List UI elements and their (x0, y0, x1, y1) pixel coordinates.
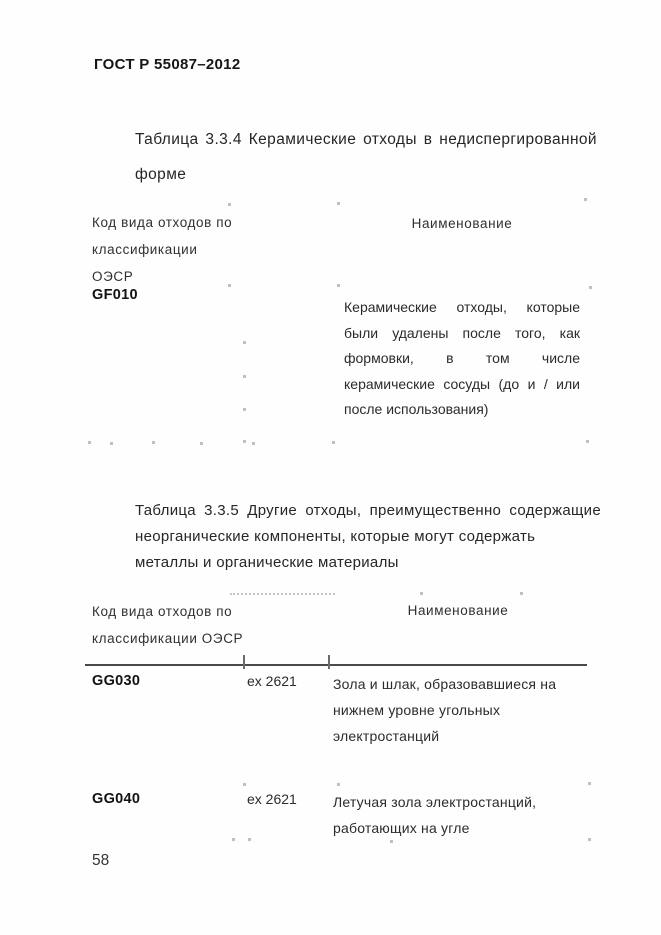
waste-name-line: Летучая зола электростанций, (333, 789, 587, 815)
waste-name-line: керамические сосуды (до и / или (344, 372, 580, 398)
scan-artifact (243, 440, 246, 443)
column-divider-tick (243, 655, 245, 669)
waste-code-cell: GG040 (92, 791, 140, 807)
code-column-header-line: Код вида отходов по (92, 598, 243, 625)
ex-code-cell: ex 2621 (247, 673, 297, 689)
scan-artifact (337, 202, 340, 205)
scan-artifact (110, 442, 113, 445)
table-3-3-4-name-column-header: Наименование (338, 216, 586, 231)
waste-code-cell: GF010 (92, 287, 138, 303)
waste-name-line: формовки, в том числе (344, 346, 580, 372)
table-3-3-5-caption: Таблица 3.3.5 Другие отходы, преимуществ… (135, 498, 601, 576)
scan-artifact (243, 341, 246, 344)
scan-artifact (252, 442, 255, 445)
scan-artifact (232, 838, 235, 841)
waste-name-cell: Летучая зола электростанций, работающих … (333, 789, 587, 841)
table-3-3-4-caption-line-2: форме (135, 157, 597, 192)
waste-name-line: нижнем уровне угольных (333, 697, 587, 723)
column-divider-tick (328, 655, 330, 669)
scan-artifact (228, 284, 231, 287)
code-column-header-line: классификации (92, 236, 232, 263)
table-3-3-5-caption-line-2: неорганические компоненты, которые могут… (135, 524, 601, 550)
document-page: ГОСТ Р 55087–2012 Таблица 3.3.4 Керамиче… (0, 0, 661, 935)
code-column-header-line: ОЭСР (92, 263, 232, 290)
table-3-3-5-name-column-header: Наименование (333, 603, 583, 618)
page-number: 58 (92, 852, 109, 870)
scan-artifact (337, 783, 340, 786)
scan-artifact (420, 592, 423, 595)
waste-name-line: электростанций (333, 723, 587, 749)
scan-artifact (152, 441, 155, 444)
scan-artifact (243, 408, 246, 411)
ex-code-cell: ex 2621 (247, 791, 297, 807)
scan-artifact (230, 593, 335, 595)
code-column-header-line: классификации ОЭСР (92, 625, 243, 652)
scan-artifact (88, 441, 91, 444)
document-standard-title: ГОСТ Р 55087–2012 (94, 56, 240, 73)
table-3-3-4-caption: Таблица 3.3.4 Керамические отходы в неди… (135, 122, 597, 192)
scan-artifact (589, 286, 592, 289)
waste-name-line: Керамические отходы, которые (344, 295, 580, 321)
waste-name-line: после использования) (344, 397, 580, 423)
scan-artifact (586, 440, 589, 443)
scan-artifact (243, 375, 246, 378)
scan-artifact (588, 782, 591, 785)
table-3-3-4-code-column-header: Код вида отходов по классификации ОЭСР (92, 209, 232, 290)
waste-name-line: Зола и шлак, образовавшиеся на (333, 671, 587, 697)
scan-artifact (520, 592, 523, 595)
table-3-3-5-code-column-header: Код вида отходов по классификации ОЭСР (92, 598, 243, 652)
code-column-header-line: Код вида отходов по (92, 209, 232, 236)
waste-name-line: работающих на угле (333, 815, 587, 841)
scan-artifact (332, 441, 335, 444)
scan-artifact (584, 198, 587, 201)
waste-name-cell: Зола и шлак, образовавшиеся на нижнем ур… (333, 671, 587, 749)
waste-name-line: были удалены после того, как (344, 321, 580, 347)
table-3-3-4-caption-line-1: Таблица 3.3.4 Керамические отходы в неди… (135, 122, 597, 157)
scan-artifact (248, 838, 251, 841)
scan-artifact (390, 840, 393, 843)
table-3-3-5-header-rule (85, 664, 587, 666)
scan-artifact (200, 442, 203, 445)
scan-artifact (588, 838, 591, 841)
table-3-3-5-caption-line-1: Таблица 3.3.5 Другие отходы, преимуществ… (135, 498, 601, 524)
scan-artifact (228, 203, 231, 206)
table-3-3-5-caption-line-3: металлы и органические материалы (135, 550, 601, 576)
scan-artifact (337, 284, 340, 287)
waste-code-cell: GG030 (92, 673, 140, 689)
scan-artifact (243, 783, 246, 786)
waste-name-cell: Керамические отходы, которые были удален… (344, 295, 580, 423)
